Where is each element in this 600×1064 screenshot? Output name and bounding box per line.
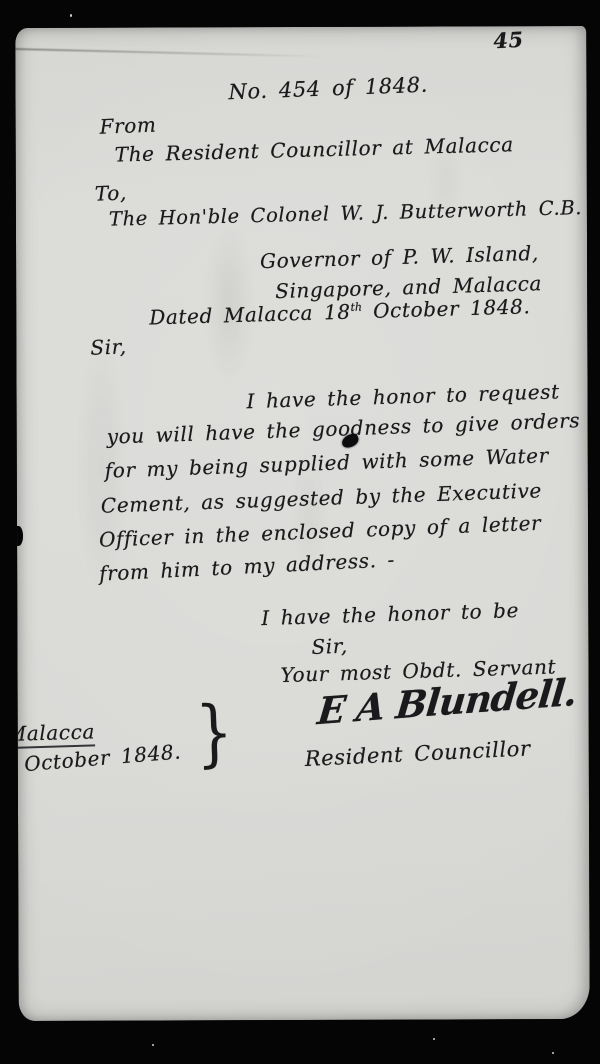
scanned-letter-photo: 45 No. 454 of 1848. From The Resident Co…: [0, 0, 600, 1064]
signature-title: Resident Councillor: [304, 736, 531, 771]
footer-brace: }: [194, 689, 234, 776]
valediction-line-1: I have the honor to be: [261, 598, 519, 630]
footer-place: Malacca: [15, 719, 95, 746]
letter-number: No. 454 of 1848.: [228, 73, 428, 105]
body-line: I have the honor to request: [246, 379, 560, 413]
paper-edge-notch: [15, 526, 23, 546]
dateline-ordinal: th: [350, 301, 362, 314]
valediction-line-2: Sir,: [311, 634, 348, 659]
dust-speck: [552, 1052, 554, 1054]
folio-number: 45: [493, 27, 525, 54]
dateline-suffix: October 1848.: [362, 294, 531, 323]
dust-speck: [152, 1044, 154, 1046]
dateline-prefix: Dated Malacca 18: [149, 300, 351, 330]
dust-speck: [433, 1038, 435, 1040]
dust-speck: [70, 14, 72, 17]
to-label: To,: [94, 181, 127, 206]
body-line: for my being supplied with some Water: [104, 443, 549, 482]
from-label: From: [99, 113, 157, 139]
body-line: from him to my address. -: [99, 547, 396, 585]
to-value: The Hon'ble Colonel W. J. Butterworth C.…: [109, 196, 583, 231]
letter-page: 45 No. 454 of 1848. From The Resident Co…: [15, 26, 589, 1021]
salutation: Sir,: [90, 334, 127, 359]
paper-crease: [15, 48, 325, 58]
to-title-line-1: Governor of P. W. Island,: [260, 241, 539, 273]
footer-place-text: Malacca: [15, 719, 95, 749]
